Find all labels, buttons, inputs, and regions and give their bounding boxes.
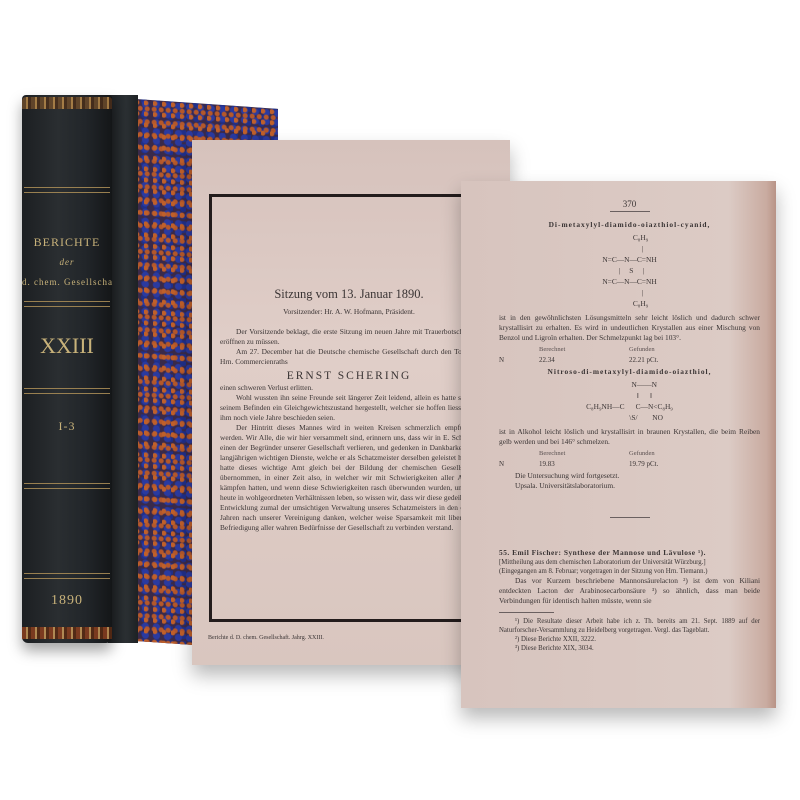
gilt-ornament-bottom [22, 627, 112, 639]
paragraph: Am 27. December hat die Deutsche chemisc… [220, 347, 478, 367]
running-footer: Berichte d. D. chem. Gesellschaft. Jahrg… [208, 635, 324, 645]
paragraph: Der Hintritt dieses Mannes wird in weite… [220, 423, 478, 533]
footnote: ¹) Die Resultate dieser Arbeit habe ich … [499, 617, 760, 635]
location: Upsala. Universitätslaboratorium. [499, 481, 760, 491]
gilt-rule [24, 573, 110, 579]
analysis-table: BerechnetGefunden N19.8319.79 pCt. [499, 449, 760, 469]
section-divider [610, 517, 650, 518]
article-title: 55. Emil Fischer: Synthese der Mannose u… [499, 548, 760, 558]
article-origin: [Mittheilung aus dem chemischen Laborato… [499, 558, 760, 567]
board-edge [108, 95, 138, 643]
right-page: 370 Di-metaxylyl-diamido-oiazthiol-cyani… [461, 181, 776, 708]
spine-society: d. chem. Gesellschaft [22, 277, 112, 287]
spine-parts: I-3 [22, 419, 112, 434]
book-spine: BERICHTE der d. chem. Gesellschaft XXIII… [22, 95, 112, 643]
left-page-body: Sitzung vom 13. Januar 1890. Vorsitzende… [220, 289, 478, 533]
mourning-border: Sitzung vom 13. Januar 1890. Vorsitzende… [209, 194, 489, 622]
paragraph: einen schweren Verlust erlitten. [220, 383, 478, 393]
spine-year: 1890 [22, 593, 112, 609]
deceased-name: ERNST SCHERING [220, 371, 478, 381]
paragraph: Der Vorsitzende beklagt, die erste Sitzu… [220, 327, 478, 347]
footnote: ²) Diese Berichte XXII, 3222. [499, 635, 760, 644]
article-received: (Eingegangen am 8. Februar; vorgetragen … [499, 567, 760, 576]
structural-formula: N——N ‖ ‖ C₈H₉NH—C C—N<C₈H₉ \S/ NO [499, 379, 760, 423]
chair-line: Vorsitzender: Hr. A. W. Hofmann, Präside… [220, 307, 478, 317]
gilt-rule [24, 483, 110, 489]
spine-der: der [22, 257, 112, 267]
header-rule [610, 211, 650, 212]
compound-name: Di-metaxylyl-diamido-oiazthiol-cyanid, [499, 220, 760, 230]
paragraph: Wohl wussten ihn seine Freunde seit läng… [220, 393, 478, 423]
paragraph: Das vor Kurzem beschriebene Mannonsäurel… [499, 576, 760, 606]
gilt-rule [24, 388, 110, 394]
left-page-footer: Berichte d. D. chem. Gesellschaft. Jahrg… [208, 635, 484, 645]
spine-title: BERICHTE [22, 235, 112, 250]
paragraph: ist in den gewöhnlichsten Lösungsmitteln… [499, 313, 760, 343]
page-number: 370 [499, 199, 760, 209]
gilt-rule [24, 187, 110, 193]
analysis-table: BerechnetGefunden N22.3422.21 pCt. [499, 345, 760, 365]
gilt-rule [24, 301, 110, 307]
gilt-ornament-top [22, 97, 112, 109]
paragraph: Die Untersuchung wird fortgesetzt. [499, 471, 760, 481]
compound-name: Nitroso-di-metaxylyl-diamido-oiazthiol, [499, 367, 760, 377]
right-page-body: 370 Di-metaxylyl-diamido-oiazthiol-cyani… [499, 199, 760, 653]
spine-volume: XXIII [22, 333, 112, 359]
session-heading: Sitzung vom 13. Januar 1890. [220, 289, 478, 299]
structural-formula: C₈H₉ | N=C—N—C=NH | S | N=C—N—C=NH | C₈H… [499, 232, 760, 309]
footnote: ³) Diese Berichte XIX, 3034. [499, 644, 760, 653]
paragraph: ist in Alkohol leicht löslich und krysta… [499, 427, 760, 447]
footnote-rule [499, 612, 554, 613]
